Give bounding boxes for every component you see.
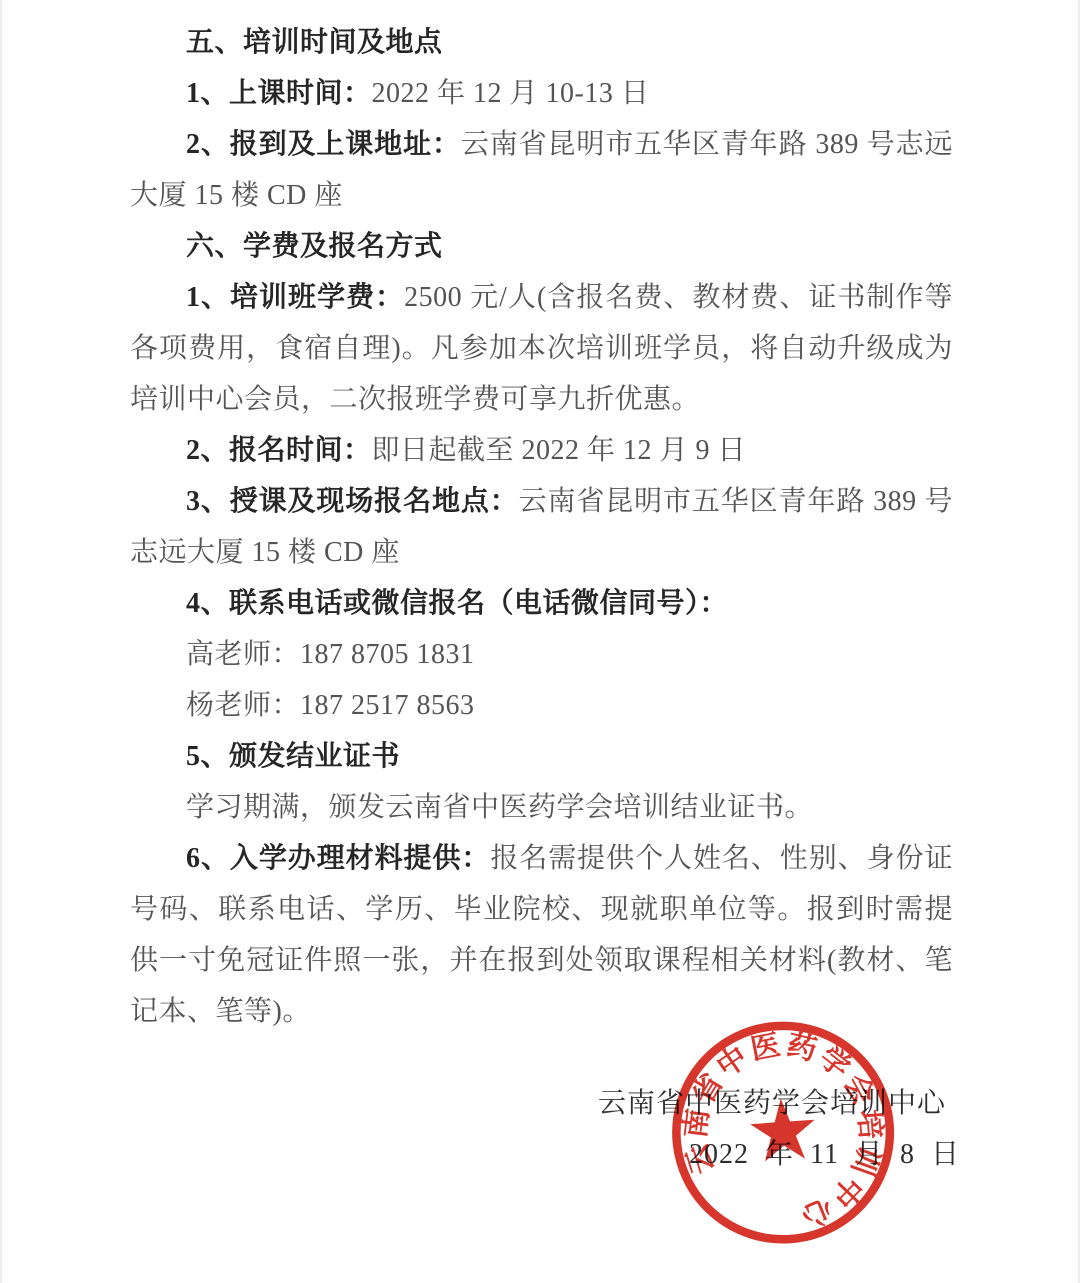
onsite-registration-address-item: 3、授课及现场报名地点：云南省昆明市五华区青年路 389 号志远大厦 15 楼 … <box>130 476 953 578</box>
paragraph-label: 6、入学办理材料提供： <box>186 843 490 874</box>
paragraph-label: 2、报名时间： <box>186 435 372 466</box>
document-page: 五、培训时间及地点1、上课时间：2022 年 12 月 10-13 日2、报到及… <box>0 0 1080 1283</box>
class-time-item: 1、上课时间：2022 年 12 月 10-13 日 <box>130 68 953 119</box>
enrollment-materials-item: 6、入学办理材料提供：报名需提供个人姓名、性别、身份证号码、联系电话、学历、毕业… <box>130 833 953 1037</box>
paragraph-text: 学习期满，颁发云南省中医药学会培训结业证书。 <box>186 792 813 823</box>
paragraph-label: 六、学费及报名方式 <box>186 231 443 262</box>
signature-date: 2022 年 11 月 8 日 <box>2 1129 1078 1180</box>
paragraph-label: 5、颁发结业证书 <box>186 741 400 772</box>
paragraph-label: 1、培训班学费： <box>186 282 404 313</box>
paragraph-text: 高老师：187 8705 1831 <box>186 639 475 670</box>
registration-deadline-item: 2、报名时间：即日起截至 2022 年 12 月 9 日 <box>130 425 953 476</box>
paragraph-label: 2、报到及上课地址： <box>186 129 461 160</box>
paragraph-label: 3、授课及现场报名地点： <box>186 486 519 517</box>
paragraph-label: 1、上课时间： <box>186 78 372 109</box>
paragraph-label: 4、联系电话或微信报名（电话微信同号）： <box>186 588 728 619</box>
contact-teacher-yang: 杨老师：187 2517 8563 <box>130 680 953 731</box>
section-5-heading: 五、培训时间及地点 <box>130 17 953 68</box>
contact-heading-item: 4、联系电话或微信报名（电话微信同号）： <box>130 578 953 629</box>
contact-teacher-gao: 高老师：187 8705 1831 <box>130 629 953 680</box>
paragraph-label: 五、培训时间及地点 <box>186 27 443 58</box>
tuition-fee-item: 1、培训班学费：2500 元/人(含报名费、教材费、证书制作等各项费用，食宿自理… <box>130 272 953 425</box>
document-body: 五、培训时间及地点1、上课时间：2022 年 12 月 10-13 日2、报到及… <box>2 0 1078 1037</box>
certificate-heading-item: 5、颁发结业证书 <box>130 731 953 782</box>
paragraph-text: 2022 年 12 月 10-13 日 <box>372 78 650 109</box>
signature-organization: 云南省中医药学会培训中心 <box>2 1078 1078 1129</box>
paragraph-text: 即日起截至 2022 年 12 月 9 日 <box>372 435 747 466</box>
certificate-text: 学习期满，颁发云南省中医药学会培训结业证书。 <box>130 782 953 833</box>
checkin-address-item: 2、报到及上课地址：云南省昆明市五华区青年路 389 号志远大厦 15 楼 CD… <box>130 119 953 221</box>
paragraph-text: 杨老师：187 2517 8563 <box>186 690 475 721</box>
signature-block: 云南省中医药学会培训中心 2022 年 11 月 8 日 <box>2 1078 1078 1180</box>
section-6-heading: 六、学费及报名方式 <box>130 221 953 272</box>
